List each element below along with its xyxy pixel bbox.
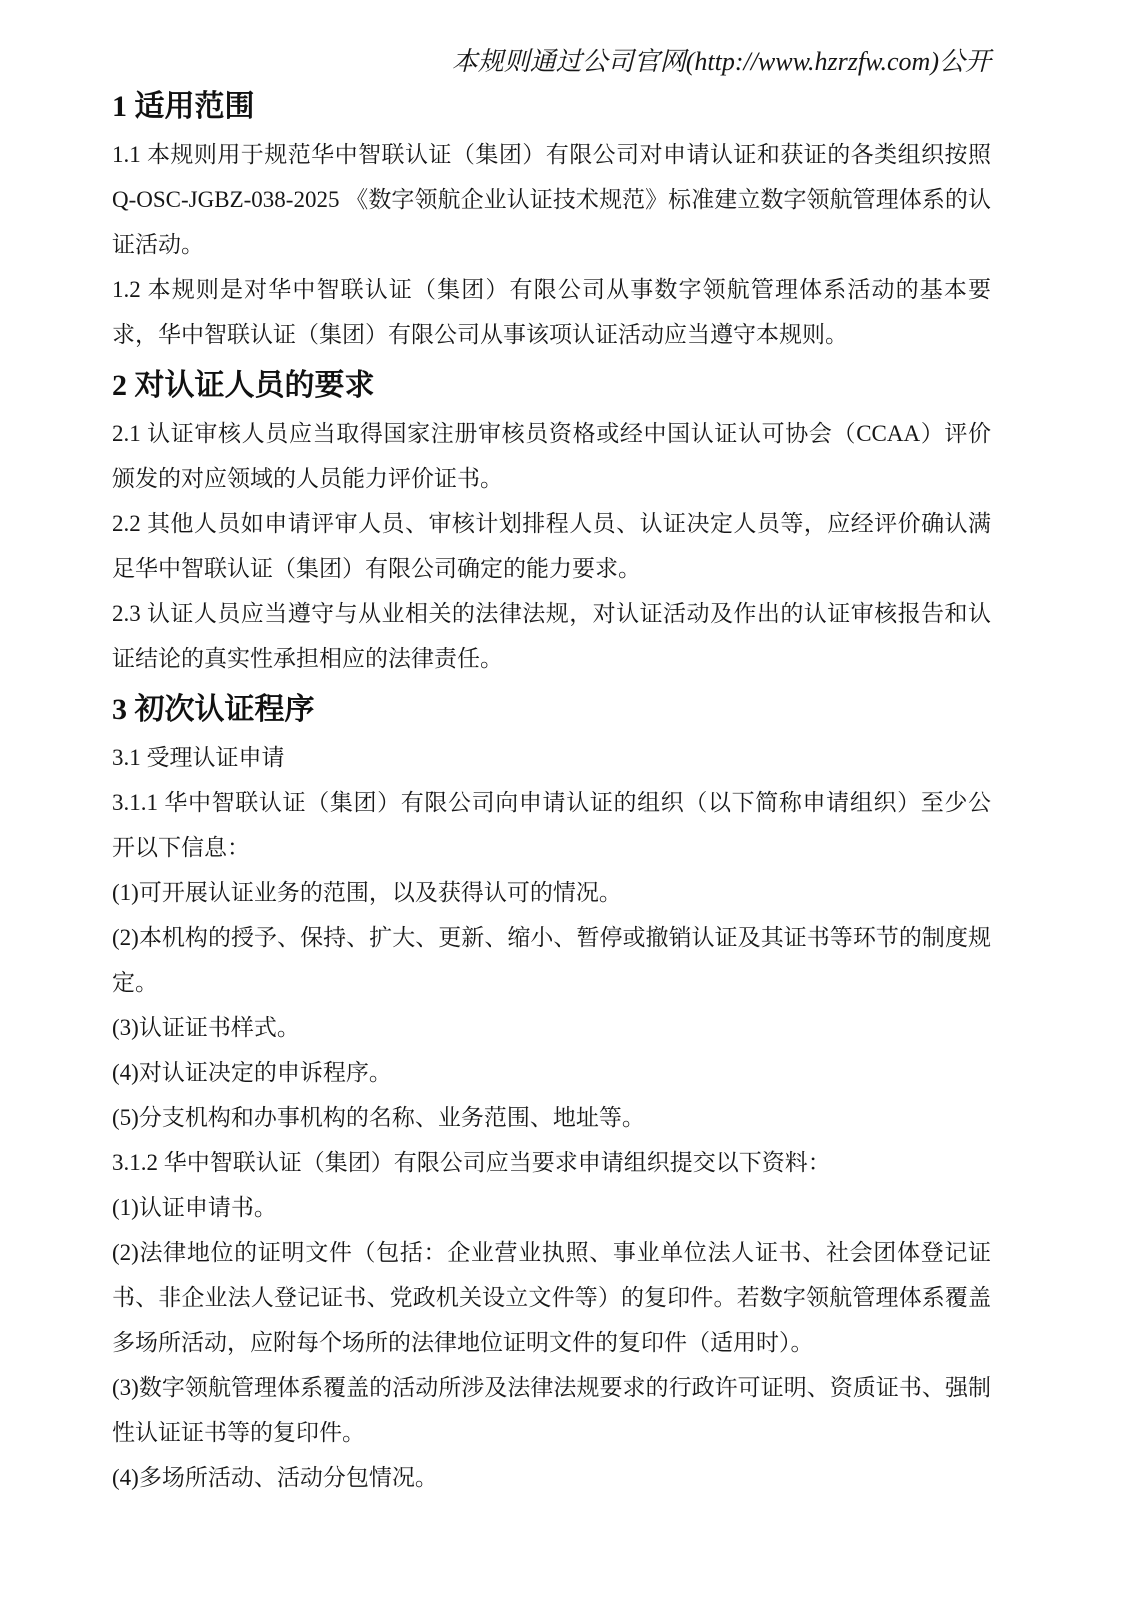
paragraph-2-2: 2.2 其他人员如申请评审人员、审核计划排程人员、认证决定人员等，应经评价确认满… <box>112 501 991 591</box>
section-3-heading: 3 初次认证程序 <box>112 691 991 729</box>
document-page: 本规则通过公司官网(http://www.hzrzfw.com)公开 1 适用范… <box>0 0 1131 1600</box>
header-notice: 本规则通过公司官网(http://www.hzrzfw.com)公开 <box>112 46 991 78</box>
list-item-info-4: (4)对认证决定的申诉程序。 <box>112 1050 991 1095</box>
paragraph-3-1-2: 3.1.2 华中智联认证（集团）有限公司应当要求申请组织提交以下资料： <box>112 1140 991 1185</box>
list-item-material-1: (1)认证申请书。 <box>112 1185 991 1230</box>
paragraph-2-3: 2.3 认证人员应当遵守与从业相关的法律法规，对认证活动及作出的认证审核报告和认… <box>112 591 991 681</box>
paragraph-3-1-1: 3.1.1 华中智联认证（集团）有限公司向申请认证的组织（以下简称申请组织）至少… <box>112 780 991 870</box>
section-2-heading: 2 对认证人员的要求 <box>112 367 991 405</box>
list-item-info-3: (3)认证证书样式。 <box>112 1005 991 1050</box>
paragraph-2-1: 2.1 认证审核人员应当取得国家注册审核员资格或经中国认证认可协会（CCAA）评… <box>112 411 991 501</box>
list-item-material-3: (3)数字领航管理体系覆盖的活动所涉及法律法规要求的行政许可证明、资质证书、强制… <box>112 1365 991 1455</box>
list-item-info-1: (1)可开展认证业务的范围，以及获得认可的情况。 <box>112 870 991 915</box>
list-item-material-2: (2)法律地位的证明文件（包括：企业营业执照、事业单位法人证书、社会团体登记证书… <box>112 1230 991 1365</box>
paragraph-3-1: 3.1 受理认证申请 <box>112 735 991 780</box>
paragraph-1-2: 1.2 本规则是对华中智联认证（集团）有限公司从事数字领航管理体系活动的基本要求… <box>112 267 991 357</box>
list-item-info-2: (2)本机构的授予、保持、扩大、更新、缩小、暂停或撤销认证及其证书等环节的制度规… <box>112 915 991 1005</box>
list-item-material-4: (4)多场所活动、活动分包情况。 <box>112 1455 991 1500</box>
section-1-heading: 1 适用范围 <box>112 88 991 126</box>
list-item-info-5: (5)分支机构和办事机构的名称、业务范围、地址等。 <box>112 1095 991 1140</box>
paragraph-1-1: 1.1 本规则用于规范华中智联认证（集团）有限公司对申请认证和获证的各类组织按照… <box>112 132 991 267</box>
